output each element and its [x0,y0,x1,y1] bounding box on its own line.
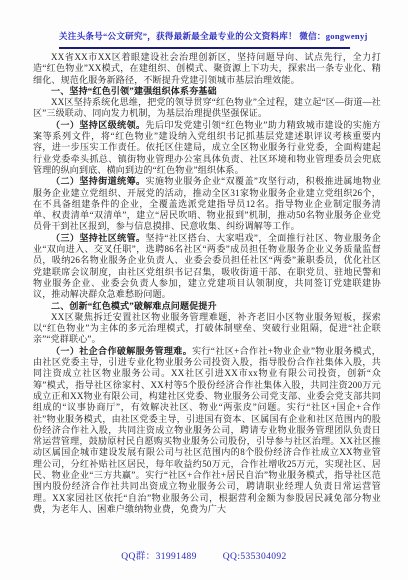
paragraph: （一）社企合作破解服务管理难。实行“社区+合作社+物业企业”物业服务模式，由社区… [33,346,381,515]
section-heading-1: 一、坚持“红色引领”建强组织体系夯基础 [33,86,381,97]
header-notice: 关注头条号“公文研究”，获得最新最全最专业的公文资料库！ 微信：gongweny… [59,31,368,41]
paragraph: XX区坚持系统化思维，把党的领导贯穿“红色物业”全过程，建立起“区—街道—社区”… [33,97,381,120]
paragraph: （二）坚持街道统筹。实施物业服务企业“双覆盖”攻坚行动，积极推进属地物业服务企业… [33,176,381,232]
paragraph-lead: （二）坚持街道统筹。 [51,176,146,186]
paragraph-text: 实行“社区+合作社+物业企业”物业服务模式，由社区党委主导，引进专业化物业服务公… [33,346,381,514]
paragraph-lead: （三）坚持社区统管。 [51,233,146,243]
paragraph: （三）坚持社区统管。坚持“社区搭台、大家唱戏”，全面推行社区、物业服务企业“双向… [33,233,381,301]
intro-paragraph: XX省XX市XX区着眼建设社会治理创新区，坚持问题导向、试点先行，全力打造“红色… [33,52,381,86]
qq-group-number: QQ群：31991489 [121,552,197,562]
paragraph: （一）坚持区级统领。先后印发党建引领“红色物业”助力精致城市建设的实施方案等系列… [33,120,381,176]
section-heading-2: 二、创新“红色模式”破解难点问题促提升 [33,301,381,312]
qq-number: QQ:535304092 [223,552,287,562]
footer-contact: QQ群：31991489QQ:535304092 [0,548,408,562]
document-body: XX省XX市XX区着眼建设社会治理创新区，坚持问题导向、试点先行，全力打造“红色… [33,52,381,515]
header-banner: 关注头条号“公文研究”，获得最新最全最专业的公文资料库！ 微信：gongweny… [59,26,350,49]
paragraph-lead: （一）坚持区级统领。 [51,120,146,130]
paragraph-lead: （一）社企合作破解服务管理难。 [51,346,192,356]
document-page: 关注头条号“公文研究”，获得最新最全最专业的公文资料库！ 微信：gongweny… [0,0,408,580]
paragraph: XX区聚焦拆迁安置社区物业服务管理难题，补齐老旧小区物业服务短板，探索以“红色物… [33,312,381,346]
